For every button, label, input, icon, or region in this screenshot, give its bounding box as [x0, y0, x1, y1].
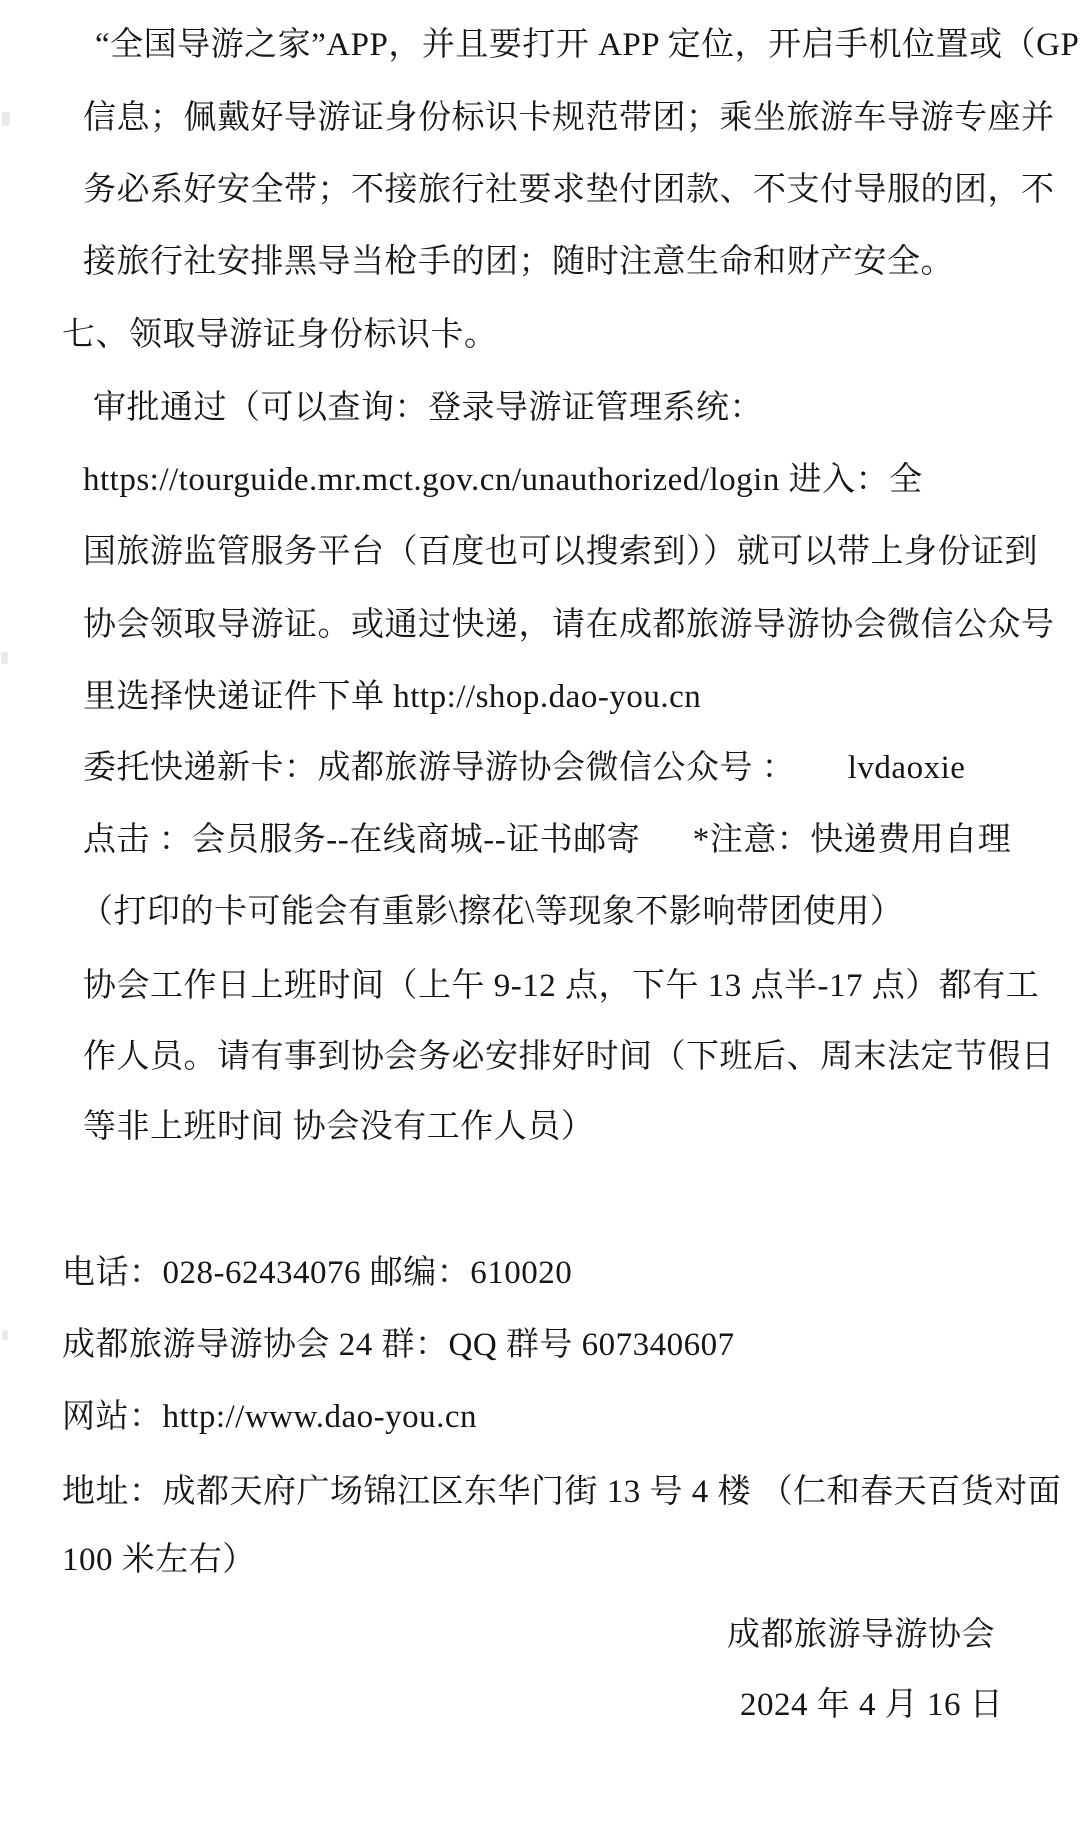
tourguide-url-line: https://tourguide.mr.mct.gov.cn/unauthor…	[83, 458, 923, 502]
qq-group-line: 成都旅游导游协会 24 群：QQ 群号 607340607	[62, 1323, 735, 1367]
document-page: “全国导游之家”APP，并且要打开 APP 定位，开启手机位置或（GPS） 信息…	[0, 0, 1080, 1828]
phone-postcode-line: 电话：028-62434076 邮编：610020	[62, 1251, 572, 1295]
shop-url-line: 里选择快递证件下单 http://shop.dao-you.cn	[83, 675, 701, 719]
address-line: 100 米左右）	[62, 1538, 256, 1582]
signature-line: 成都旅游导游协会	[727, 1613, 995, 1657]
scan-artifact	[1, 652, 8, 664]
office-hours-line: 作人员。请有事到协会务必安排好时间（下班后、周末法定节假日	[83, 1035, 1055, 1079]
office-hours-line: 协会工作日上班时间（上午 9-12 点，下午 13 点半-17 点）都有工	[83, 964, 1039, 1008]
menu-path-line: 点击 ：会员服务--在线商城--证书邮寄 *注意：快递费用自理	[83, 818, 1011, 862]
notice-line: “全国导游之家”APP，并且要打开 APP 定位，开启手机位置或（GPS）	[95, 23, 1080, 67]
section-7-line: 审批通过（可以查询：登录导游证管理系统：	[93, 386, 763, 430]
website-line: 网站：http://www.dao-you.cn	[62, 1395, 477, 1439]
section-7-line: 协会领取导游证。或通过快递，请在成都旅游导游协会微信公众号	[83, 603, 1055, 647]
section-7-heading: 七、领取导游证身份标识卡。	[62, 313, 498, 357]
notice-line: 信息；佩戴好导游证身份标识卡规范带团；乘坐旅游车导游专座并	[83, 96, 1055, 140]
date-line: 2024 年 4 月 16 日	[740, 1683, 1003, 1727]
address-line: 地址：成都天府广场锦江区东华门街 13 号 4 楼 （仁和春天百货对面	[62, 1470, 1061, 1514]
notice-line: 务必系好安全带；不接旅行社要求垫付团款、不支付导服的团，不	[83, 168, 1055, 212]
wechat-account-line: 委托快递新卡：成都旅游导游协会微信公众号 ： lvdaoxie	[83, 746, 965, 790]
card-note-line: （打印的卡可能会有重影\擦花\等现象不影响带团使用）	[80, 890, 903, 934]
office-hours-line: 等非上班时间 协会没有工作人员）	[83, 1105, 594, 1149]
notice-line: 接旅行社安排黑导当枪手的团；随时注意生命和财产安全。	[83, 240, 954, 284]
section-7-line: 国旅游监管服务平台（百度也可以搜索到））就可以带上身份证到	[83, 530, 1038, 574]
scan-artifact	[2, 112, 10, 126]
scan-artifact	[2, 1330, 8, 1340]
